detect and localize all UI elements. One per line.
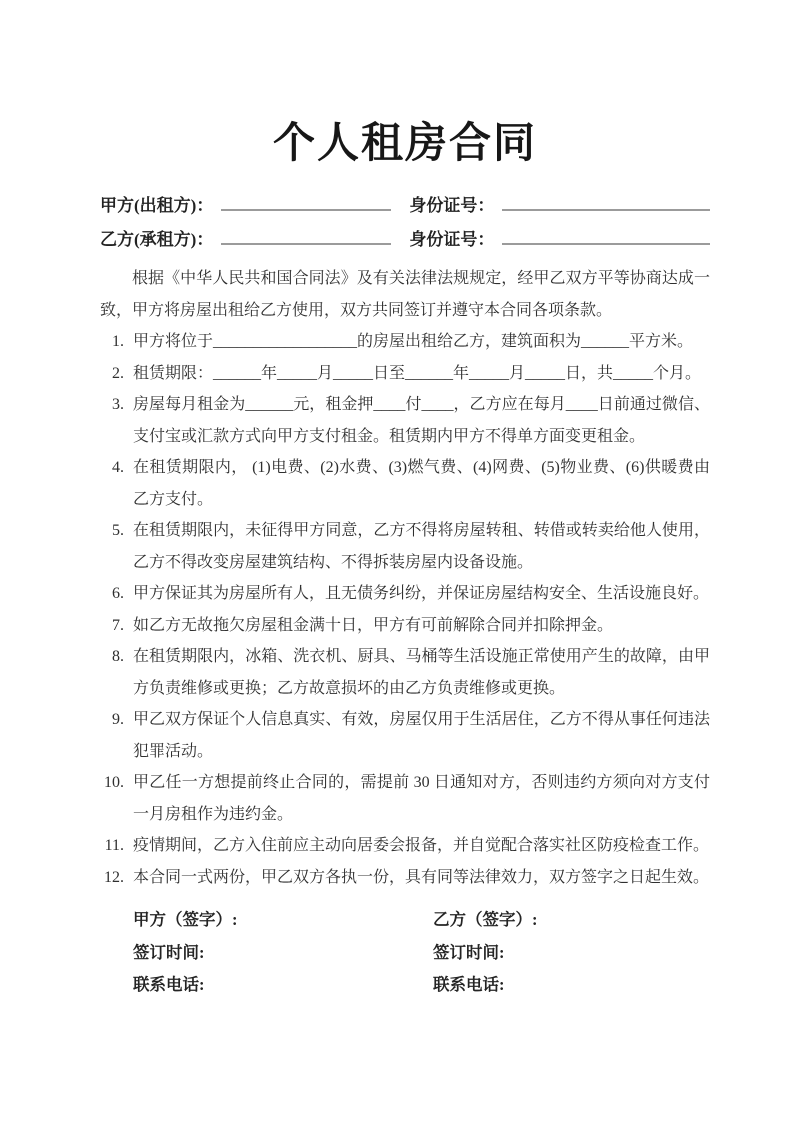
clause-number: 2. <box>100 358 124 390</box>
landlord-phone-label: 联系电话: <box>133 969 433 1002</box>
clause-item: 10.甲乙任一方想提前终止合同的，需提前 30 日通知对方，否则违约方须向对方支… <box>100 767 710 830</box>
clause-item: 11.疫情期间，乙方入住前应主动向居委会报备，并自觉配合落实社区防疫检查工作。 <box>100 830 710 862</box>
clause-text: 甲乙任一方想提前终止合同的，需提前 30 日通知对方，否则违约方须向对方支付一月… <box>133 774 710 823</box>
clause-item: 3.房屋每月租金为______元，租金押____付____，乙方应在每月____… <box>100 389 710 452</box>
clause-item: 7.如乙方无故拖欠房屋租金满十日，甲方有可前解除合同并扣除押金。 <box>100 610 710 642</box>
clause-item: 2.租赁期限：______年_____月_____日至______年_____月… <box>100 358 710 390</box>
clause-text: 在租赁期限内，冰箱、洗衣机、厨具、马桶等生活设施正常使用产生的故障，由甲方负责维… <box>133 648 710 697</box>
clause-text: 本合同一式两份，甲乙双方各执一份，具有同等法律效力，双方签字之日起生效。 <box>133 869 709 886</box>
clause-item: 12.本合同一式两份，甲乙双方各执一份，具有同等法律效力，双方签字之日起生效。 <box>100 862 710 894</box>
tenant-name-blank-line <box>221 231 391 245</box>
clause-item: 6.甲方保证其为房屋所有人，且无债务纠纷，并保证房屋结构安全、生活设施良好。 <box>100 578 710 610</box>
clause-number: 9. <box>100 704 124 736</box>
clause-text: 甲方保证其为房屋所有人，且无债务纠纷，并保证房屋结构安全、生活设施良好。 <box>133 585 709 602</box>
clause-list: 1.甲方将位于__________________的房屋出租给乙方，建筑面积为_… <box>100 326 710 893</box>
clause-item: 1.甲方将位于__________________的房屋出租给乙方，建筑面积为_… <box>100 326 710 358</box>
clause-text: 甲方将位于__________________的房屋出租给乙方，建筑面积为___… <box>133 333 693 350</box>
signature-column-tenant: 乙方（签字）: 签订时间: 联系电话: <box>433 904 710 1002</box>
clause-item: 4.在租赁期限内， (1)电费、(2)水费、(3)燃气费、(4)网费、(5)物业… <box>100 452 710 515</box>
landlord-sign-date-label: 签订时间: <box>133 937 433 970</box>
party-label-tenant: 乙方(承租方)： <box>100 225 213 250</box>
tenant-id-blank-line <box>502 231 710 245</box>
clause-text: 房屋每月租金为______元，租金押____付____，乙方应在每月____日前… <box>133 396 710 445</box>
document-title: 个人租房合同 <box>100 119 710 169</box>
clause-number: 4. <box>100 452 124 484</box>
clause-text: 在租赁期限内，未征得甲方同意，乙方不得将房屋转租、转借或转卖给他人使用，乙方不得… <box>133 522 710 571</box>
clause-number: 8. <box>100 641 124 673</box>
tenant-sign-date-label: 签订时间: <box>433 937 710 970</box>
tenant-phone-label: 联系电话: <box>433 969 710 1002</box>
clause-number: 6. <box>100 578 124 610</box>
clause-number: 12. <box>100 862 124 894</box>
clause-text: 疫情期间，乙方入住前应主动向居委会报备，并自觉配合落实社区防疫检查工作。 <box>133 837 709 854</box>
party-section: 甲方(出租方)： 身份证号： 乙方(承租方)： 身份证号： <box>100 191 710 259</box>
signature-section: 甲方（签字）: 签订时间: 联系电话: 乙方（签字）: 签订时间: 联系电话: <box>133 904 710 1002</box>
clause-item: 8.在租赁期限内，冰箱、洗衣机、厨具、马桶等生活设施正常使用产生的故障，由甲方负… <box>100 641 710 704</box>
tenant-id-label: 身份证号： <box>409 225 494 250</box>
landlord-name-blank-line <box>221 197 391 211</box>
landlord-id-blank-line <box>502 197 710 211</box>
signature-column-landlord: 甲方（签字）: 签订时间: 联系电话: <box>133 904 433 1002</box>
clause-text: 如乙方无故拖欠房屋租金满十日，甲方有可前解除合同并扣除押金。 <box>133 617 613 634</box>
landlord-sign-label: 甲方（签字）: <box>133 904 433 937</box>
party-row-landlord: 甲方(出租方)： 身份证号： <box>100 191 710 225</box>
clause-text: 甲乙双方保证个人信息真实、有效，房屋仅用于生活居住，乙方不得从事任何违法犯罪活动… <box>133 711 710 760</box>
clause-number: 5. <box>100 515 124 547</box>
clause-text: 租赁期限：______年_____月_____日至______年_____月__… <box>133 365 701 382</box>
intro-paragraph: 根据《中华人民共和国合同法》及有关法律法规规定，经甲乙双方平等协商达成一致，甲方… <box>100 263 710 326</box>
clause-number: 11. <box>100 830 124 862</box>
landlord-id-label: 身份证号： <box>409 191 494 216</box>
clause-number: 1. <box>100 326 124 358</box>
tenant-sign-label: 乙方（签字）: <box>433 904 710 937</box>
party-row-tenant: 乙方(承租方)： 身份证号： <box>100 225 710 259</box>
party-label-landlord: 甲方(出租方)： <box>100 191 213 216</box>
clause-text: 在租赁期限内， (1)电费、(2)水费、(3)燃气费、(4)网费、(5)物业费、… <box>133 459 710 508</box>
contract-page: 个人租房合同 甲方(出租方)： 身份证号： 乙方(承租方)： 身份证号： 根据《… <box>0 0 800 1131</box>
clause-item: 5.在租赁期限内，未征得甲方同意，乙方不得将房屋转租、转借或转卖给他人使用，乙方… <box>100 515 710 578</box>
clause-number: 7. <box>100 610 124 642</box>
clause-item: 9.甲乙双方保证个人信息真实、有效，房屋仅用于生活居住，乙方不得从事任何违法犯罪… <box>100 704 710 767</box>
clause-number: 3. <box>100 389 124 421</box>
clause-number: 10. <box>100 767 124 799</box>
